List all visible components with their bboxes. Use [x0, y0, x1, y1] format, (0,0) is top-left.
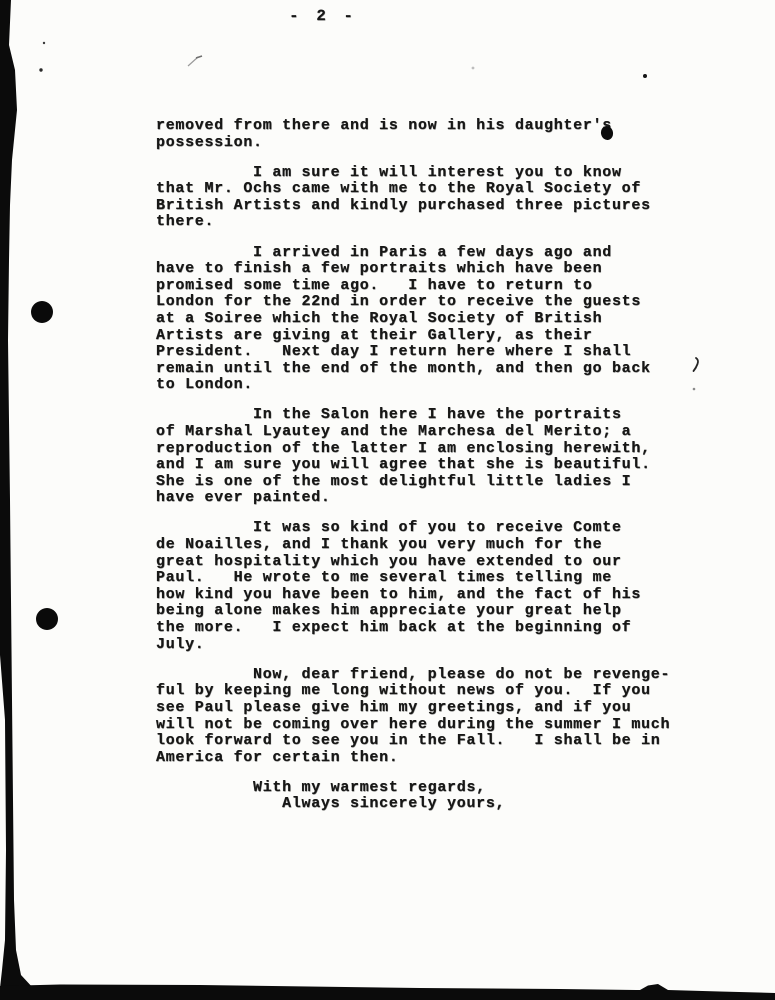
letter-paragraph: Now, dear friend, please do not be reven… — [156, 667, 716, 767]
letter-paragraph: removed from there and is now in his dau… — [156, 118, 716, 151]
bottom-edge-scan-shadow — [0, 984, 775, 1000]
pencil-squiggle-mark — [196, 56, 202, 58]
hole-punch-mark-bottom — [36, 608, 58, 630]
dust-speck — [39, 68, 42, 71]
dust-speck — [643, 74, 647, 78]
dust-speck — [472, 67, 475, 70]
letter-body: removed from there and is now in his dau… — [156, 118, 716, 826]
left-edge-scan-shadow — [0, 0, 34, 1000]
letter-paragraph: I arrived in Paris a few days ago and ha… — [156, 245, 716, 394]
scanned-letter-page: - 2 - removed from there and is now in h… — [0, 0, 775, 1000]
letter-paragraph: I am sure it will interest you to know t… — [156, 165, 716, 231]
dust-speck — [43, 42, 45, 44]
pencil-squiggle-mark — [188, 57, 198, 66]
letter-paragraph: In the Salon here I have the portraits o… — [156, 407, 716, 507]
page-number: - 2 - — [289, 7, 357, 25]
hole-punch-mark-top — [31, 301, 53, 323]
letter-closing: With my warmest regards, Always sincerel… — [156, 780, 716, 813]
letter-paragraph: It was so kind of you to receive Comte d… — [156, 520, 716, 653]
